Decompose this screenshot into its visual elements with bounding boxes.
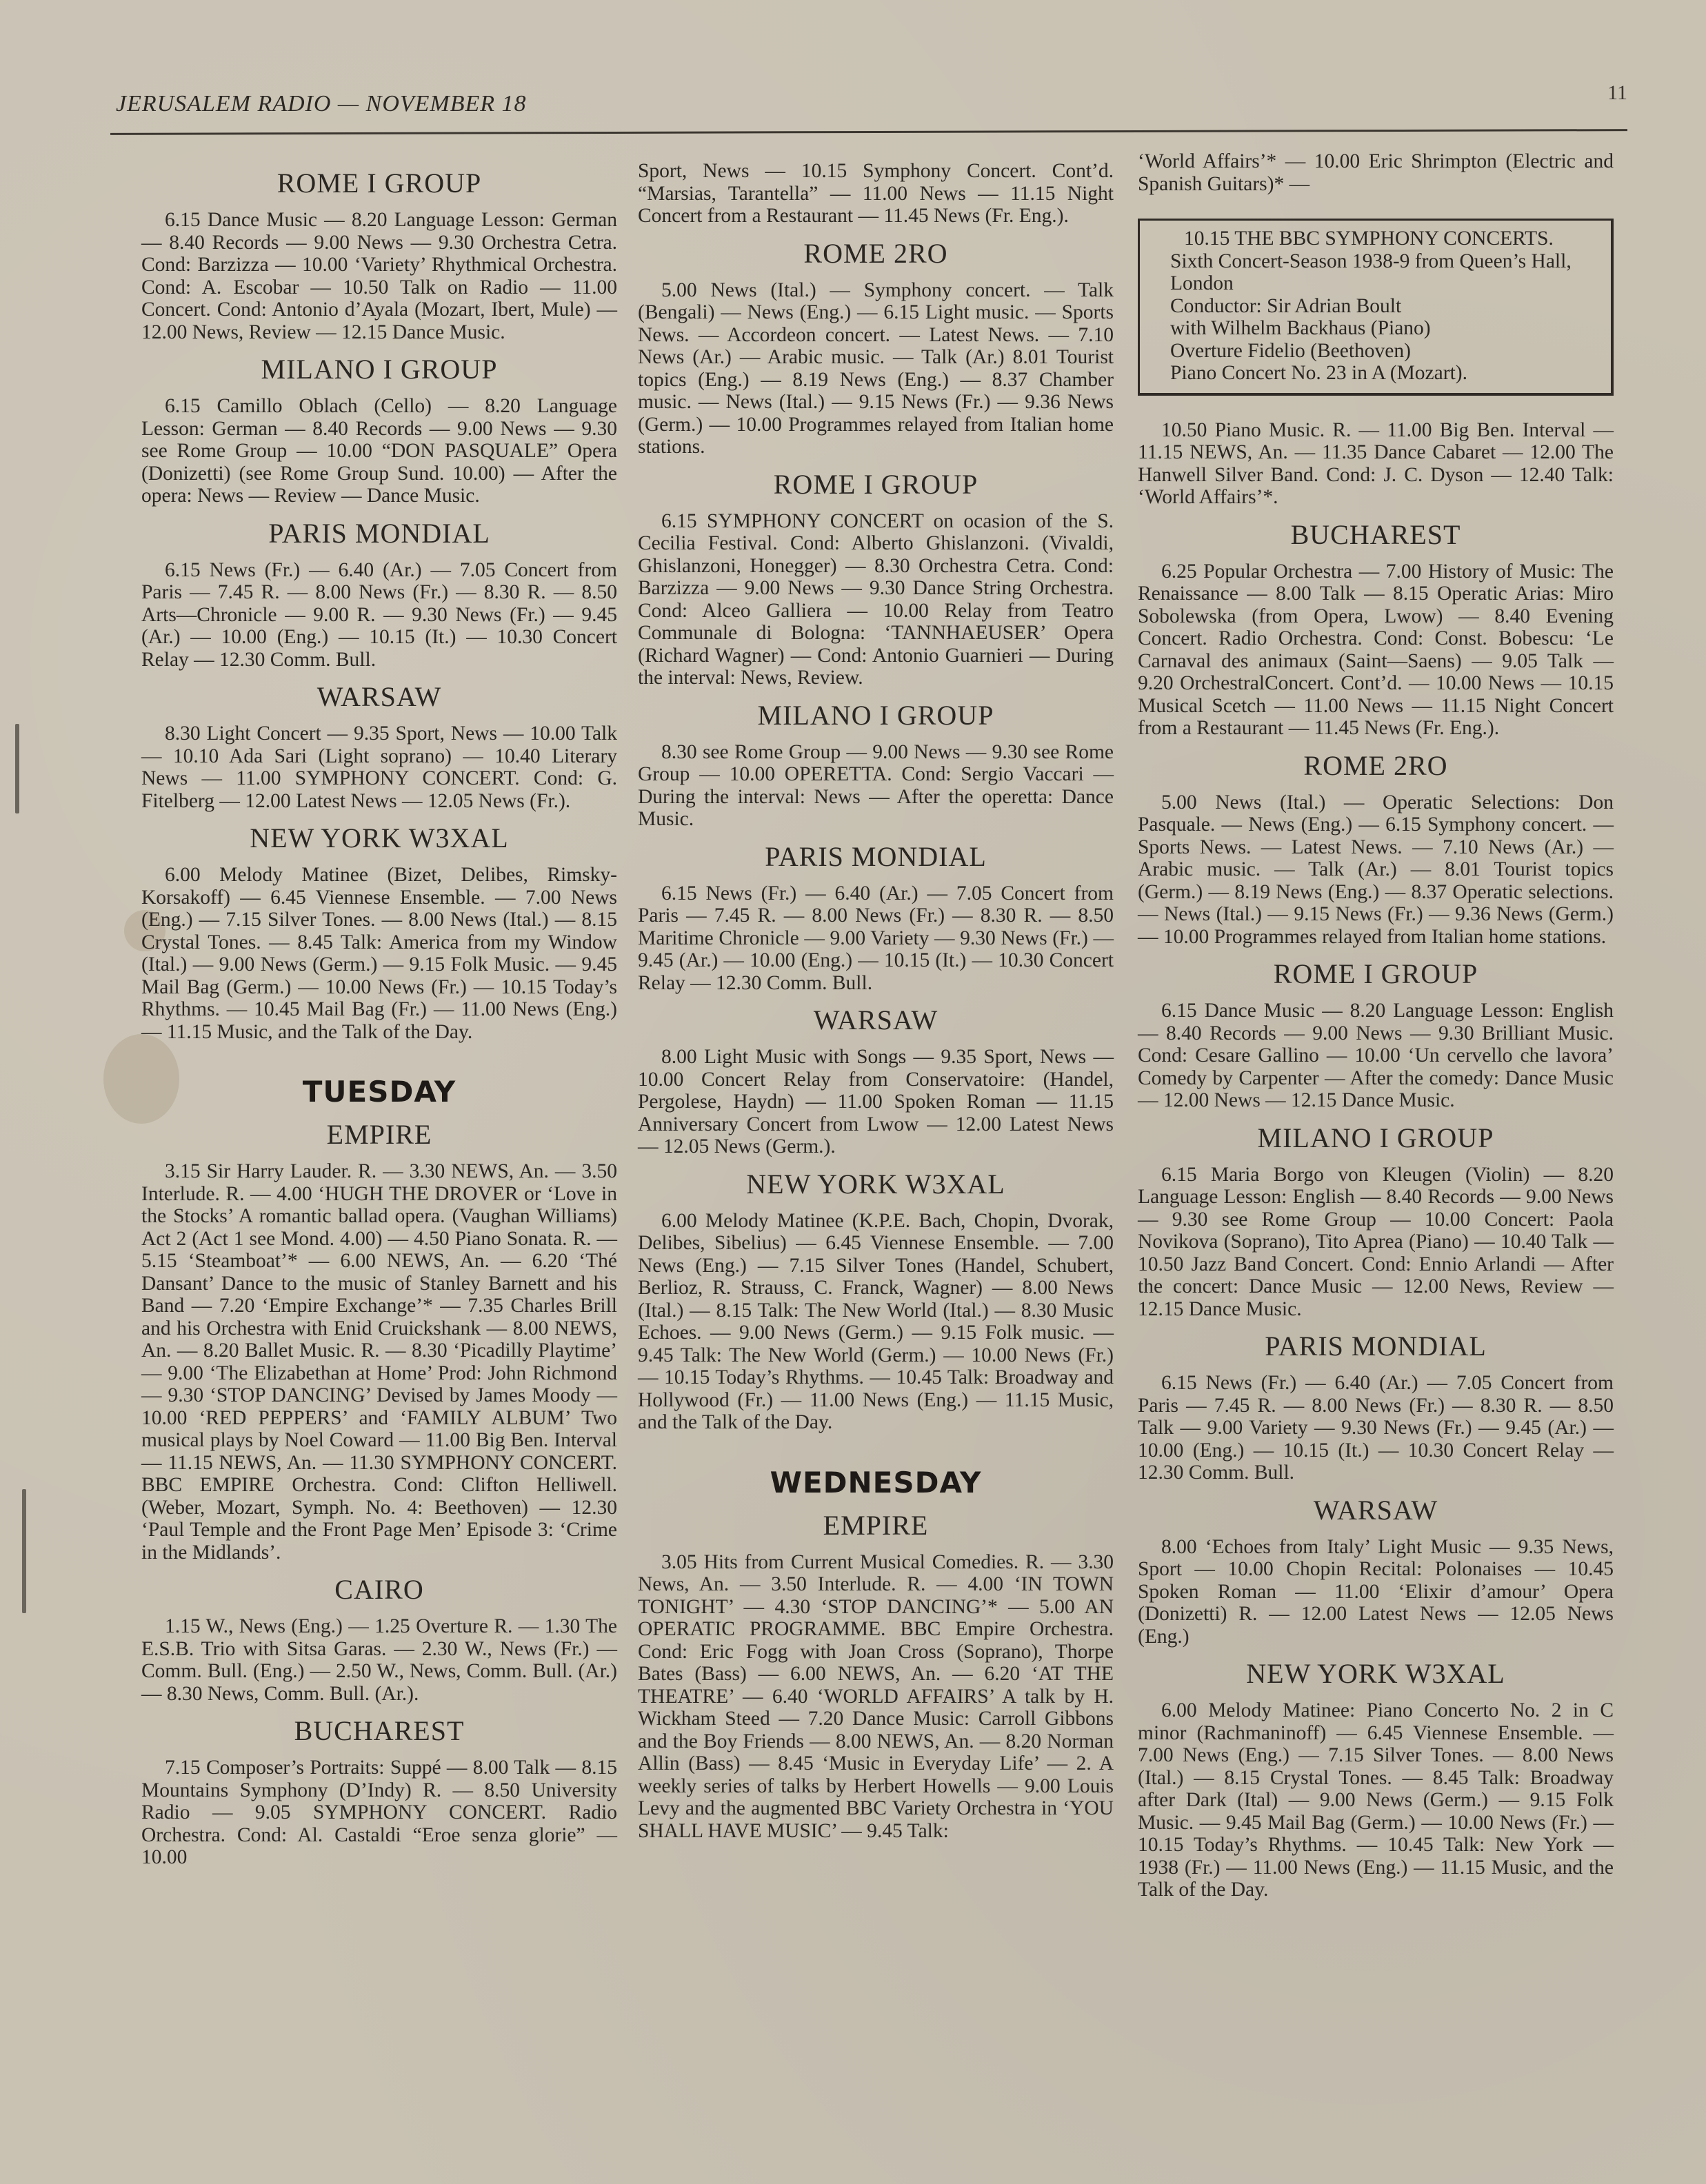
day-heading: TUESDAY — [141, 1075, 617, 1109]
station-heading: CAIRO — [141, 1573, 617, 1606]
station-section: CAIRO1.15 W., News (Eng.) — 1.25 Overtur… — [141, 1573, 617, 1705]
programme-listing: 8.00 Light Music with Songs — 9.35 Sport… — [638, 1046, 1114, 1158]
programme-listing: 6.15 SYMPHONY CONCERT on ocasion of the … — [638, 510, 1114, 689]
station-section: WARSAW8.00 ‘Echoes from Italy’ Light Mus… — [1138, 1494, 1614, 1648]
station-heading: EMPIRE — [141, 1118, 617, 1151]
station-heading: NEW YORK W3XAL — [1138, 1657, 1614, 1690]
programme-listing: 6.00 Melody Matinee: Piano Concerto No. … — [1138, 1699, 1614, 1901]
header-rule — [110, 129, 1627, 135]
station-heading: ROME 2RO — [638, 237, 1114, 270]
station-heading: WARSAW — [638, 1004, 1114, 1036]
station-section: MILANO I GROUP6.15 Maria Borgo von Kleug… — [1138, 1122, 1614, 1321]
station-heading: BUCHAREST — [141, 1715, 617, 1747]
programme-listing: 6.15 Dance Music — 8.20 Language Lesson:… — [1138, 1000, 1614, 1112]
binding-staple — [22, 1489, 26, 1613]
station-section: ROME I GROUP6.15 Dance Music — 8.20 Lang… — [1138, 958, 1614, 1112]
station-heading: BUCHAREST — [1138, 518, 1614, 551]
station-section: NEW YORK W3XAL6.00 Melody Matinee: Piano… — [1138, 1657, 1614, 1901]
station-section: BUCHAREST7.15 Composer’s Portraits: Supp… — [141, 1715, 617, 1869]
station-heading: WARSAW — [1138, 1494, 1614, 1526]
programme-listing: 6.15 Maria Borgo von Kleugen (Violin) — … — [1138, 1164, 1614, 1321]
station-heading: ROME I GROUP — [638, 468, 1114, 501]
station-heading: ROME 2RO — [1138, 749, 1614, 782]
programme-listing-continued: ‘World Affairs’* — 10.00 Eric Shrimpton … — [1138, 150, 1614, 195]
station-section: ROME 2RO5.00 News (Ital.) — Symphony con… — [638, 237, 1114, 458]
programme-listing-continued: 10.50 Piano Music. R. — 11.00 Big Ben. I… — [1138, 419, 1614, 509]
programme-listing: 6.15 Dance Music — 8.20 Language Lesson:… — [141, 209, 617, 343]
station-heading: WARSAW — [141, 680, 617, 713]
programme-listing: 5.00 News (Ital.) — Symphony concert. — … — [638, 279, 1114, 458]
newspaper-page: JERUSALEM RADIO — NOVEMBER 18 11 ROME I … — [0, 0, 1706, 2184]
day-heading: WEDNESDAY — [638, 1466, 1114, 1499]
station-section: MILANO I GROUP8.30 see Rome Group — 9.00… — [638, 699, 1114, 831]
station-section: ROME I GROUP6.15 SYMPHONY CONCERT on oca… — [638, 468, 1114, 689]
station-section: BUCHAREST6.25 Popular Orchestra — 7.00 H… — [1138, 518, 1614, 740]
station-section: ROME I GROUP6.15 Dance Music — 8.20 Lang… — [141, 167, 617, 343]
programme-listing: 7.15 Composer’s Portraits: Suppé — 8.00 … — [141, 1757, 617, 1869]
programme-listing: 6.00 Melody Matinee (Bizet, Delibes, Rim… — [141, 864, 617, 1043]
page-header: JERUSALEM RADIO — NOVEMBER 18 11 — [110, 81, 1627, 136]
station-section: ROME 2RO5.00 News (Ital.) — Operatic Sel… — [1138, 749, 1614, 949]
programme-listing: 5.00 News (Ital.) — Operatic Selections:… — [1138, 791, 1614, 949]
station-heading: NEW YORK W3XAL — [141, 822, 617, 854]
programme-listing: 6.25 Popular Orchestra — 7.00 History of… — [1138, 560, 1614, 740]
station-section: NEW YORK W3XAL6.00 Melody Matinee (Bizet… — [141, 822, 617, 1043]
station-heading: PARIS MONDIAL — [1138, 1330, 1614, 1362]
highlight-line: Overture Fidelio (Beethoven) — [1170, 340, 1601, 363]
column-3: ‘World Affairs’* — 10.00 Eric Shrimpton … — [1138, 150, 1614, 1908]
station-section: MILANO I GROUP6.15 Camillo Oblach (Cello… — [141, 353, 617, 507]
station-section: WARSAW8.30 Light Concert — 9.35 Sport, N… — [141, 680, 617, 812]
station-heading: EMPIRE — [638, 1509, 1114, 1541]
programme-listing: 6.00 Melody Matinee (K.P.E. Bach, Chopin… — [638, 1210, 1114, 1434]
programme-listing: 6.15 Camillo Oblach (Cello) — 8.20 Langu… — [141, 395, 617, 507]
station-section: EMPIRE3.15 Sir Harry Lauder. R. — 3.30 N… — [141, 1118, 617, 1564]
highlight-box: 10.15 THE BBC SYMPHONY CONCERTS. Sixth C… — [1138, 219, 1614, 396]
station-heading: ROME I GROUP — [141, 167, 617, 199]
highlight-line: 10.15 THE BBC SYMPHONY CONCERTS. Sixth C… — [1170, 228, 1601, 295]
station-heading: MILANO I GROUP — [1138, 1122, 1614, 1154]
station-section: WARSAW8.00 Light Music with Songs — 9.35… — [638, 1004, 1114, 1158]
binding-staple — [15, 724, 19, 813]
station-heading: PARIS MONDIAL — [638, 840, 1114, 873]
station-section: PARIS MONDIAL6.15 News (Fr.) — 6.40 (Ar.… — [638, 840, 1114, 995]
column-1: ROME I GROUP6.15 Dance Music — 8.20 Lang… — [141, 157, 617, 1876]
programme-listing: 6.15 News (Fr.) — 6.40 (Ar.) — 7.05 Conc… — [1138, 1372, 1614, 1484]
highlight-line: Piano Concert No. 23 in A (Mozart). — [1170, 362, 1601, 385]
page-number: 11 — [1607, 81, 1627, 105]
station-heading: MILANO I GROUP — [638, 699, 1114, 731]
station-heading: MILANO I GROUP — [141, 353, 617, 385]
station-section: EMPIRE3.05 Hits from Current Musical Com… — [638, 1509, 1114, 1843]
publication-title: JERUSALEM RADIO — NOVEMBER 18 — [116, 91, 527, 117]
station-heading: ROME I GROUP — [1138, 958, 1614, 990]
programme-listing: 6.15 News (Fr.) — 6.40 (Ar.) — 7.05 Conc… — [638, 882, 1114, 995]
highlight-line: Conductor: Sir Adrian Boult — [1170, 295, 1601, 318]
station-heading: PARIS MONDIAL — [141, 517, 617, 549]
programme-listing: 6.15 News (Fr.) — 6.40 (Ar.) — 7.05 Conc… — [141, 559, 617, 671]
highlight-line: with Wilhelm Backhaus (Piano) — [1170, 317, 1601, 340]
programme-listing-continued: Sport, News — 10.15 Symphony Concert. Co… — [638, 160, 1114, 228]
station-section: PARIS MONDIAL6.15 News (Fr.) — 6.40 (Ar.… — [1138, 1330, 1614, 1484]
programme-listing: 3.05 Hits from Current Musical Comedies.… — [638, 1551, 1114, 1843]
station-heading: NEW YORK W3XAL — [638, 1168, 1114, 1200]
station-section: NEW YORK W3XAL6.00 Melody Matinee (K.P.E… — [638, 1168, 1114, 1434]
column-2: Sport, News — 10.15 Symphony Concert. Co… — [638, 160, 1114, 1849]
station-section: PARIS MONDIAL6.15 News (Fr.) — 6.40 (Ar.… — [141, 517, 617, 671]
programme-listing: 3.15 Sir Harry Lauder. R. — 3.30 NEWS, A… — [141, 1160, 617, 1564]
programme-listing: 8.30 see Rome Group — 9.00 News — 9.30 s… — [638, 741, 1114, 831]
programme-listing: 1.15 W., News (Eng.) — 1.25 Overture R. … — [141, 1615, 617, 1705]
programme-listing: 8.30 Light Concert — 9.35 Sport, News — … — [141, 722, 617, 812]
programme-listing: 8.00 ‘Echoes from Italy’ Light Music — 9… — [1138, 1536, 1614, 1648]
